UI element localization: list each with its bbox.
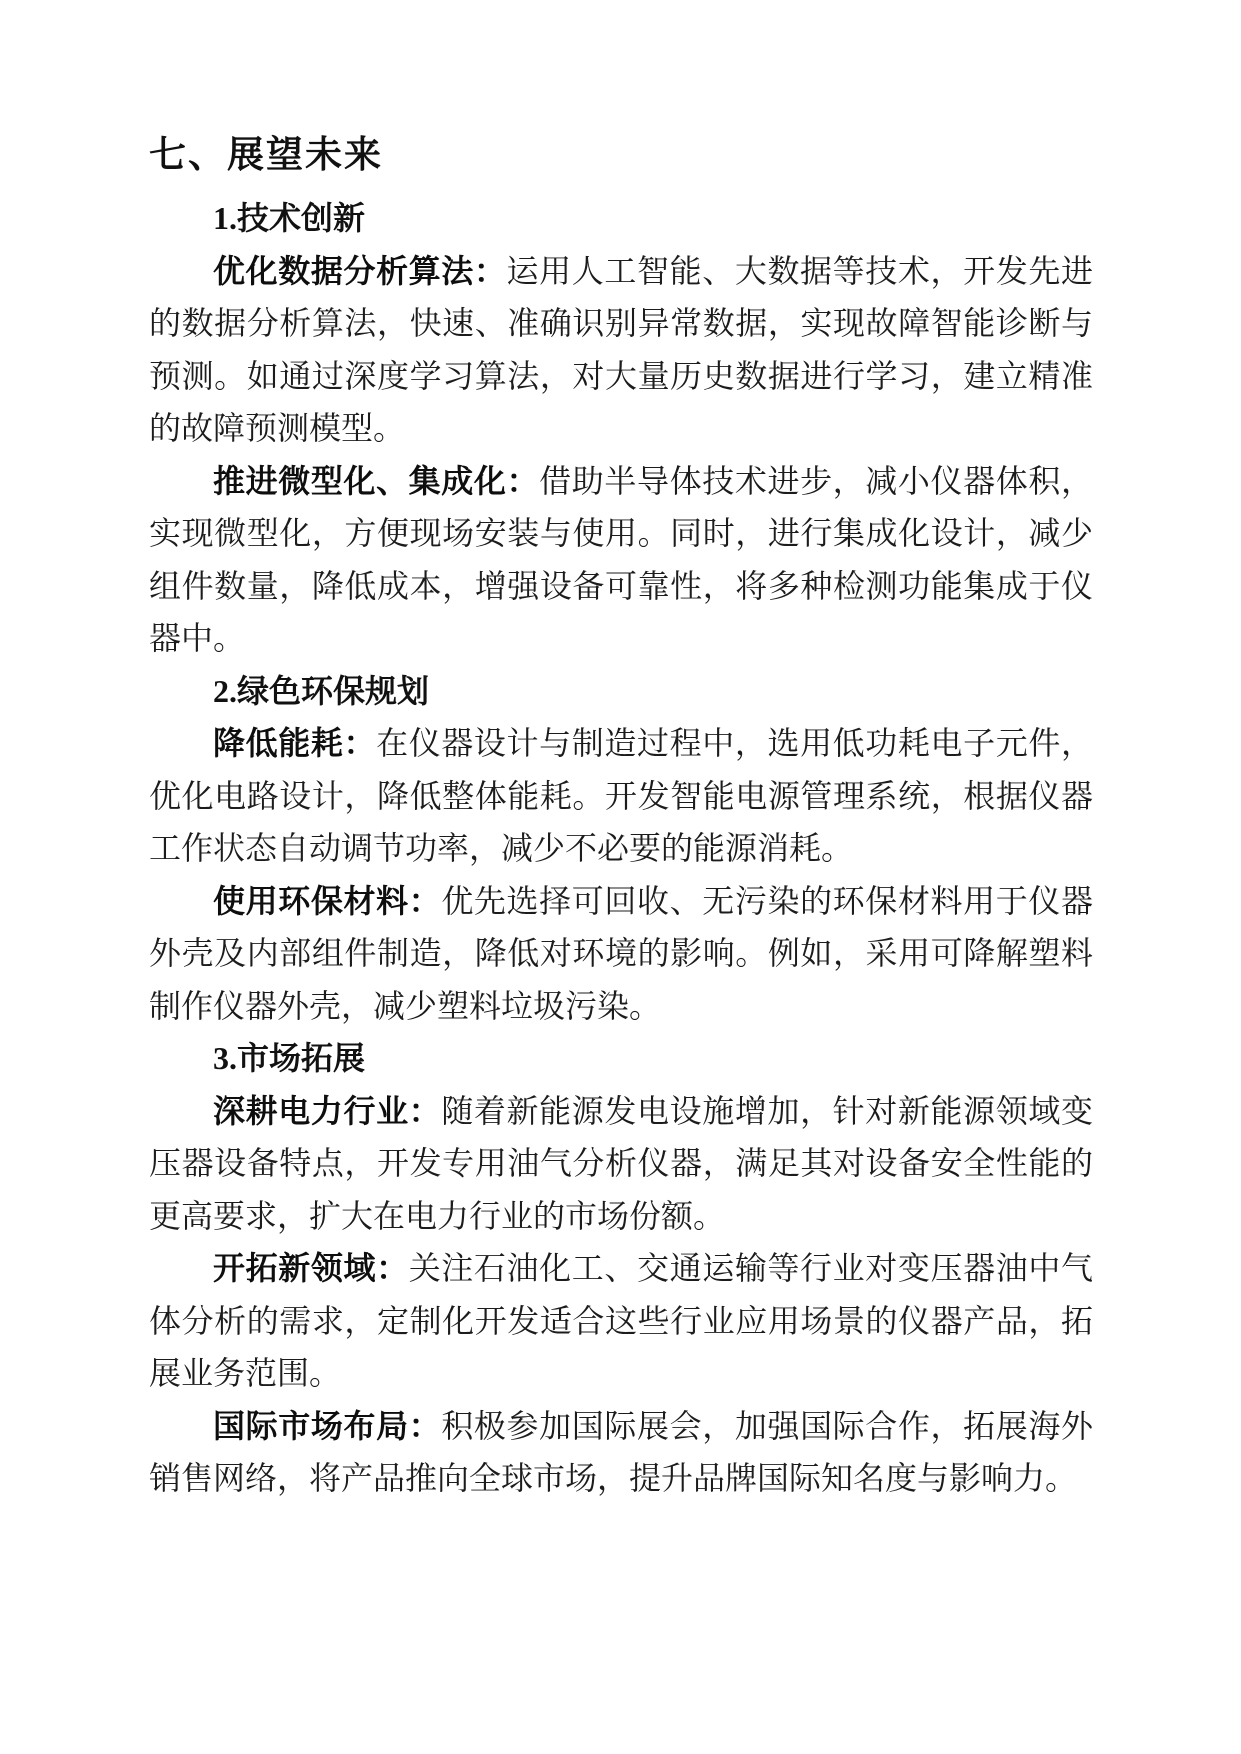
paragraph: 推进微型化、集成化：借助半导体技术进步，减小仪器体积，实现微型化，方便现场安装与…	[149, 455, 1093, 665]
page-title: 七、展望未来	[149, 130, 1093, 180]
section-title-2: 2.绿色环保规划	[149, 665, 1093, 718]
paragraph: 开拓新领域：关注石油化工、交通运输等行业对变压器油中气体分析的需求，定制化开发适…	[149, 1242, 1093, 1400]
paragraph: 深耕电力行业：随着新能源发电设施增加，针对新能源领域变压器设备特点，开发专用油气…	[149, 1085, 1093, 1243]
document-page: 七、展望未来 1.技术创新 优化数据分析算法：运用人工智能、大数据等技术，开发先…	[0, 0, 1241, 1754]
paragraph-lead: 降低能耗：	[213, 725, 376, 761]
paragraph: 国际市场布局：积极参加国际展会，加强国际合作，拓展海外销售网络，将产品推向全球市…	[149, 1400, 1093, 1505]
paragraph: 降低能耗：在仪器设计与制造过程中，选用低功耗电子元件，优化电路设计，降低整体能耗…	[149, 717, 1093, 875]
paragraph-lead: 国际市场布局：	[213, 1408, 441, 1444]
paragraph: 使用环保材料：优先选择可回收、无污染的环保材料用于仪器外壳及内部组件制造，降低对…	[149, 875, 1093, 1033]
paragraph-lead: 优化数据分析算法：	[213, 253, 507, 289]
paragraph-lead: 使用环保材料：	[213, 883, 441, 919]
section-title-1: 1.技术创新	[149, 192, 1093, 245]
document-content: 七、展望未来 1.技术创新 优化数据分析算法：运用人工智能、大数据等技术，开发先…	[149, 130, 1093, 1505]
paragraph-lead: 开拓新领域：	[213, 1250, 409, 1286]
section-title-3: 3.市场拓展	[149, 1032, 1093, 1085]
paragraph: 优化数据分析算法：运用人工智能、大数据等技术，开发先进的数据分析算法，快速、准确…	[149, 245, 1093, 455]
paragraph-lead: 深耕电力行业：	[213, 1093, 441, 1129]
page-title-text: 七、展望未来	[149, 134, 383, 175]
paragraph-lead: 推进微型化、集成化：	[213, 463, 539, 499]
